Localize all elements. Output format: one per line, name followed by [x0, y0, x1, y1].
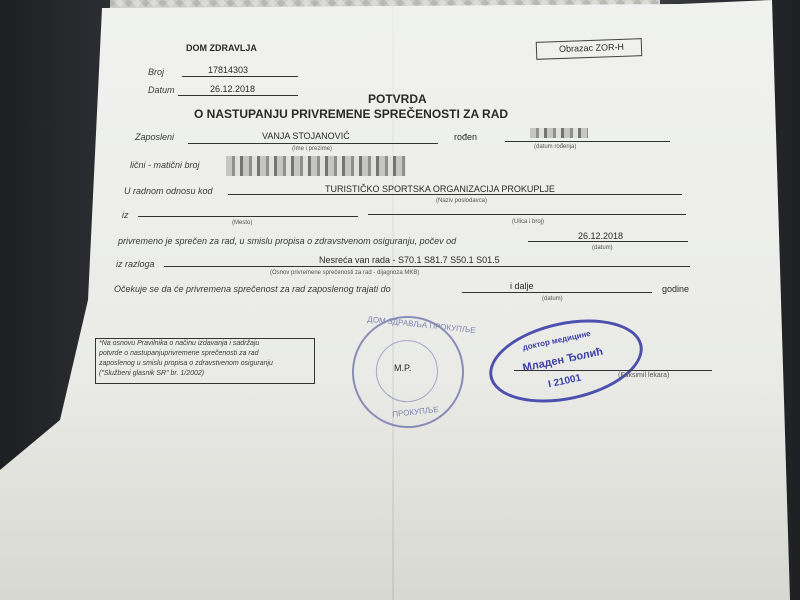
institution-name: DOM ZDRAVLJA	[186, 43, 257, 53]
incapacity-text: privremeno je sprečen za rad, u smislu p…	[118, 236, 456, 246]
expected-suffix: godine	[662, 284, 689, 294]
seal-label: M.P.	[394, 363, 411, 373]
round-stamp-bottom: ПРОКУПЉЕ	[392, 405, 439, 419]
number-line	[182, 76, 298, 77]
born-caption: (datum rođenja)	[534, 144, 576, 150]
round-stamp-text: ДОМ ЗДРАВЉА ПРОКУПЉЕ	[367, 315, 476, 335]
expected-text: Očekuje se da će privremena sprečenost z…	[114, 284, 391, 294]
date-value: 26.12.2018	[210, 84, 255, 94]
note-line2: potvrde o nastupanjuprivremene sprečenos…	[99, 350, 259, 357]
reason-line	[164, 266, 690, 267]
jmbg-label: lični - matični broj	[130, 160, 200, 170]
date-line	[178, 95, 298, 96]
title-line2: O NASTUPANJU PRIVREMENE SPREČENOSTI ZA R…	[194, 107, 508, 121]
expected-caption: (datum)	[542, 296, 563, 302]
expected-value: i dalje	[510, 281, 534, 291]
jmbg-redacted	[226, 156, 406, 176]
note-line4: ("Službeni glasnik SR" br. 1/2002)	[99, 370, 204, 377]
start-date-caption: (datum)	[592, 245, 613, 251]
doctor-caption: (Faksimil lekara)	[618, 372, 669, 379]
reason-label: iz razloga	[116, 259, 155, 269]
form-code: Obrazac ZOR-H	[559, 42, 624, 54]
form-code-box: Obrazac ZOR-H	[536, 38, 643, 60]
legal-note-box: *Na osnovu Pravilnika o načinu izdavanja…	[95, 338, 315, 384]
born-label: rođen	[454, 132, 477, 142]
born-line	[505, 141, 670, 142]
employee-line	[188, 143, 438, 144]
document-paper: DOM ZDRAVLJA Obrazac ZOR-H Broj 17814303…	[0, 0, 800, 600]
employer-line	[228, 194, 682, 195]
employee-caption: (Ime i prezime)	[292, 146, 332, 152]
start-date-line	[528, 241, 688, 242]
start-date-value: 26.12.2018	[578, 231, 623, 241]
street-caption: (Ulica i broj)	[512, 219, 544, 225]
born-date-redacted	[530, 128, 588, 138]
number-value: 17814303	[208, 65, 248, 75]
note-line1: *Na osnovu Pravilnika o načinu izdavanja…	[99, 340, 259, 347]
reason-caption: (Osnov privremene sprečenosti za rad - d…	[270, 270, 419, 276]
doctor-signature-line	[514, 370, 712, 371]
note-line3: zaposlenog u smislu propisa o zdravstven…	[99, 360, 273, 367]
employer-caption: (Naziv poslodavca)	[436, 198, 487, 204]
title-line1: POTVRDA	[368, 92, 427, 106]
date-label: Datum	[148, 85, 175, 95]
reason-value: Nesreća van rada - S70.1 S81.7 S50.1 S01…	[319, 255, 500, 265]
expected-line	[462, 292, 652, 293]
street-line	[368, 214, 686, 215]
number-label: Broj	[148, 67, 164, 77]
employer-label: U radnom odnosu kod	[124, 186, 213, 196]
employee-value: VANJA STOJANOVIĆ	[262, 131, 350, 141]
place-caption: (Mesto)	[232, 220, 252, 226]
employee-label: Zaposleni	[135, 132, 174, 142]
from-label: iz	[122, 210, 129, 220]
employer-value: TURISTIČKO SPORTSKA ORGANIZACIJA PROKUPL…	[325, 184, 555, 194]
place-line	[138, 216, 358, 217]
